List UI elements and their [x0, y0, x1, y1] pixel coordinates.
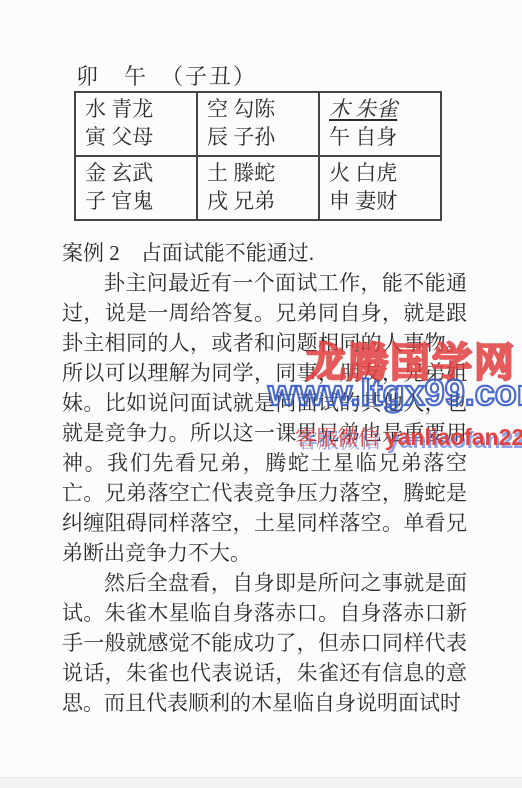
cell-line-element: 空 勾陈	[207, 95, 316, 123]
bottom-app-strip	[0, 777, 522, 788]
cell-line-relation: 戌 兄弟	[207, 187, 316, 215]
cell-line-element: 土 滕蛇	[207, 159, 316, 187]
cell-line-element-highlighted: 木 朱雀	[329, 95, 438, 123]
table-cell-gouchen: 空 勾陈 辰 子孙	[197, 92, 319, 156]
hexagram-header-line: 卯 午 （子丑）	[76, 60, 257, 91]
cell-line-relation: 寅 父母	[85, 123, 194, 151]
cell-line-element: 火 白虎	[329, 159, 438, 187]
cell-line-element: 金 玄武	[85, 159, 194, 187]
document-page: 卯 午 （子丑） 水 青龙 寅 父母 空 勾陈 辰 子孙 木 朱雀 午 自身	[0, 0, 522, 788]
cell-line-relation: 午 自身	[329, 123, 438, 151]
case-heading: 案例 2 占面试能不能通过.	[62, 238, 467, 268]
case-paragraph-2: 然后全盘看，自身即是所问之事就是面试。朱雀木星临自身落赤口。自身落赤口新手一般就…	[62, 568, 467, 718]
hexagram-table: 水 青龙 寅 父母 空 勾陈 辰 子孙 木 朱雀 午 自身 金 玄武 子 官鬼	[74, 91, 442, 221]
case-paragraph-1: 卦主问最近有一个面试工作，能不能通过，说是一周给答复。兄弟同自身，就是跟卦主相同…	[62, 268, 467, 568]
table-cell-baihu: 火 白虎 申 妻财	[319, 156, 441, 220]
table-cell-qinglong: 水 青龙 寅 父母	[75, 92, 197, 156]
table-cell-zhuque: 木 朱雀 午 自身	[319, 92, 441, 156]
case-body-text: 案例 2 占面试能不能通过. 卦主问最近有一个面试工作，能不能通过，说是一周给答…	[62, 238, 467, 718]
table-row: 金 玄武 子 官鬼 土 滕蛇 戌 兄弟 火 白虎 申 妻财	[75, 156, 441, 220]
table-cell-tengshe: 土 滕蛇 戌 兄弟	[197, 156, 319, 220]
cell-line-relation: 申 妻财	[329, 187, 438, 215]
table-cell-xuanwu: 金 玄武 子 官鬼	[75, 156, 197, 220]
cell-line-relation: 子 官鬼	[85, 187, 194, 215]
table-row: 水 青龙 寅 父母 空 勾陈 辰 子孙 木 朱雀 午 自身	[75, 92, 441, 156]
cell-line-relation: 辰 子孙	[207, 123, 316, 151]
cell-line-element: 水 青龙	[85, 95, 194, 123]
